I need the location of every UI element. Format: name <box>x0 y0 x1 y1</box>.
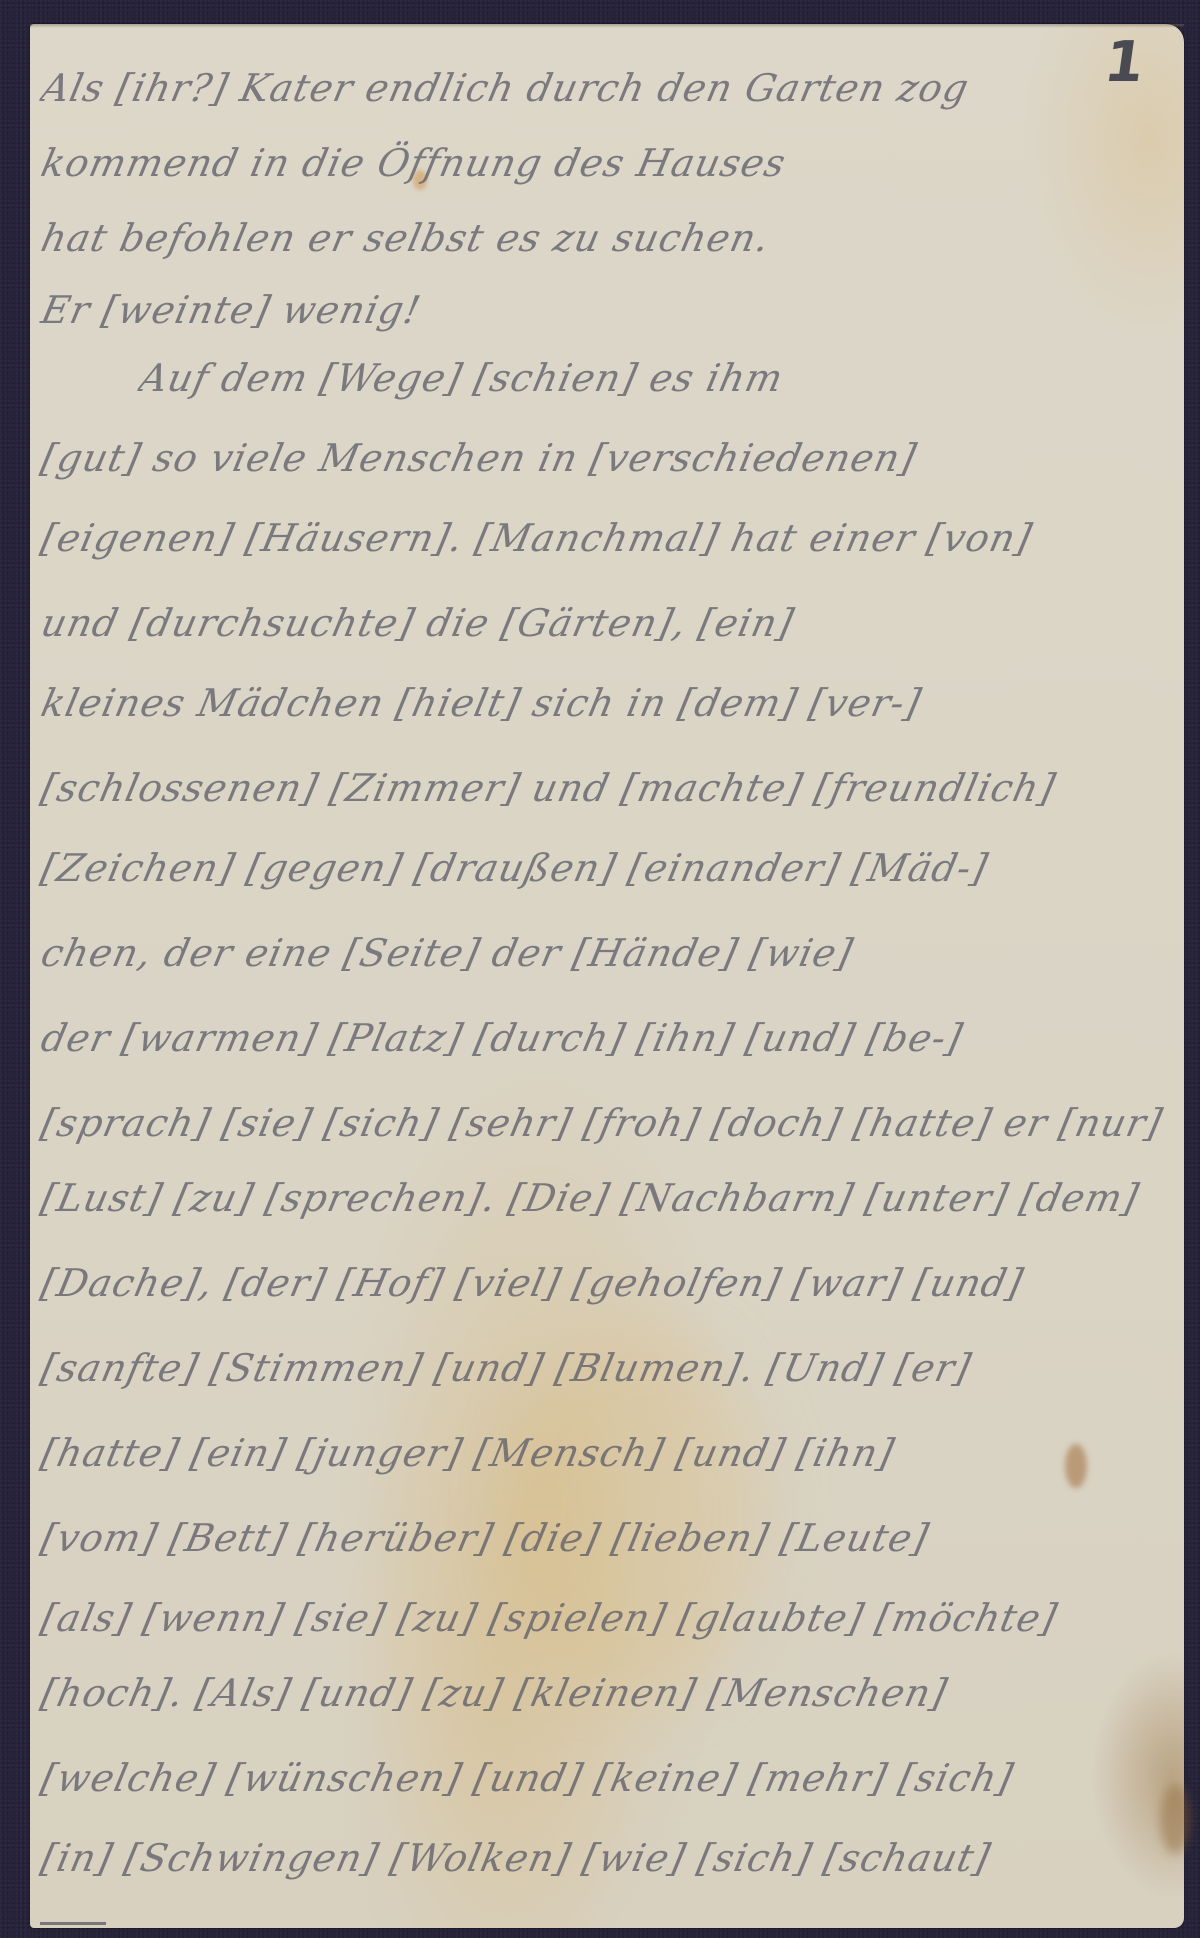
handwritten-line: [sanfte] [Stimmen] [und] [Blumen]. [Und]… <box>37 1344 1169 1392</box>
handwritten-line: Er [weinte] wenig! <box>37 286 1169 334</box>
handwritten-line: [welche] [wünschen] [und] [keine] [mehr]… <box>37 1754 1169 1802</box>
handwritten-line: [Zeichen] [gegen] [draußen] [einander] [… <box>37 844 1169 892</box>
handwritten-line: hat befohlen er selbst es zu suchen. <box>37 214 1169 262</box>
handwritten-line: [eigenen] [Häusern]. [Manchmal] hat eine… <box>37 514 1169 562</box>
handwritten-line: [Lust] [zu] [sprechen]. [Die] [Nachbarn]… <box>37 1174 1169 1222</box>
handwritten-line: [hatte] [ein] [junger] [Mensch] [und] [i… <box>37 1429 1169 1477</box>
handwritten-line: Als [ihr?] Kater endlich durch den Garte… <box>37 64 1169 112</box>
handwritten-line: Auf dem [Wege] [schien] es ihm <box>135 354 1169 402</box>
handwritten-line: [sprach] [sie] [sich] [sehr] [froh] [doc… <box>37 1099 1169 1147</box>
manuscript-page: 1 Als [ihr?] Kater endlich durch den Gar… <box>30 24 1184 1928</box>
handwritten-line: der [warmen] [Platz] [durch] [ihn] [und]… <box>37 1014 1169 1062</box>
handwritten-line: und [durchsuchte] die [Gärten], [ein] <box>37 599 1169 647</box>
handwritten-line: [als] [wenn] [sie] [zu] [spielen] [glaub… <box>37 1594 1169 1642</box>
handwritten-line: [hoch]. [Als] [und] [zu] [kleinen] [Mens… <box>37 1669 1169 1717</box>
handwritten-line: kleines Mädchen [hielt] sich in [dem] [v… <box>37 679 1169 727</box>
handwritten-line: [vom] [Bett] [herüber] [die] [lieben] [L… <box>37 1514 1169 1562</box>
handwritten-line: [in] [Schwingen] [Wolken] [wie] [sich] [… <box>37 1834 1169 1882</box>
paper-torn-edge <box>30 24 1184 28</box>
margin-dash-mark <box>40 1922 106 1925</box>
handwritten-line: [schlossenen] [Zimmer] und [machte] [fre… <box>37 764 1169 812</box>
handwritten-line: kommend in die Öffnung des Hauses <box>37 139 1169 187</box>
handwritten-line: chen, der eine [Seite] der [Hände] [wie] <box>37 929 1169 977</box>
handwritten-line: [Dache], [der] [Hof] [viel] [geholfen] [… <box>37 1259 1169 1307</box>
handwritten-line: [gut] so viele Menschen in [verschiedene… <box>37 434 1169 482</box>
